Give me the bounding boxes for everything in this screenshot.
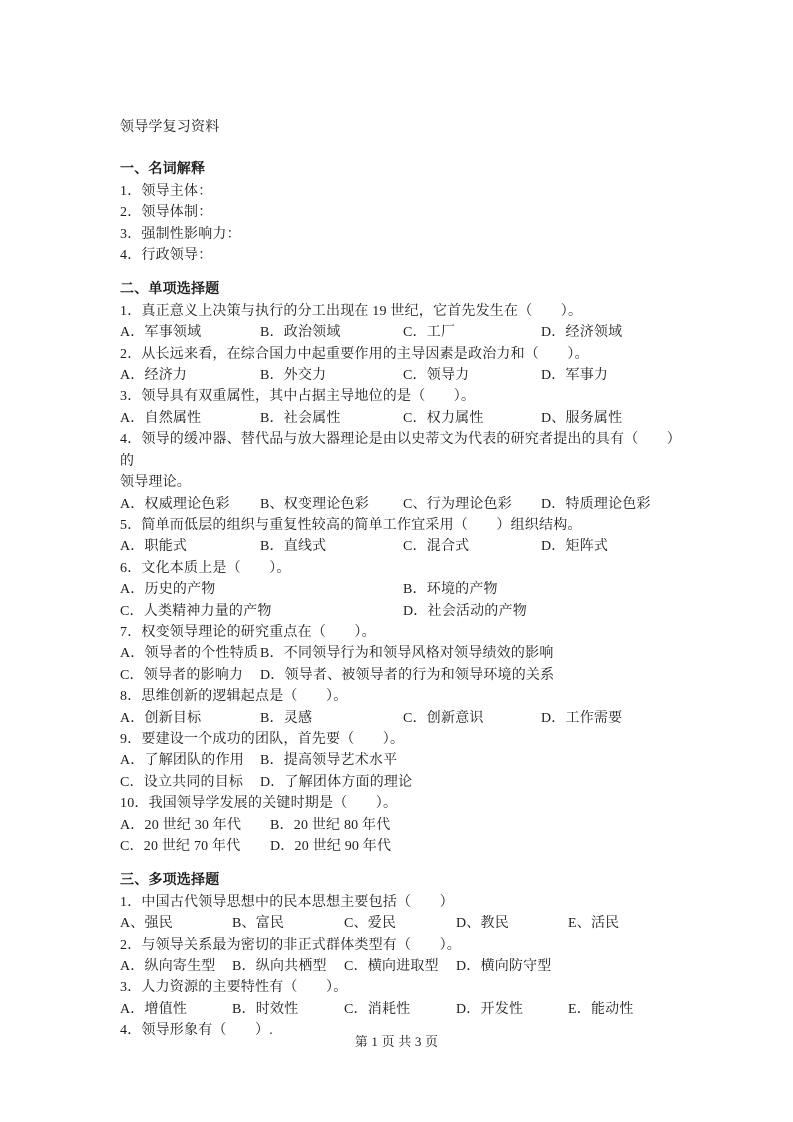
options-row: A．经济力B．外交力C．领导力D．军事力 [120,365,678,386]
option-item: D．工作需要 [541,708,622,729]
option-item: A．经济力 [120,365,260,386]
option-item: A．创新目标 [120,708,260,729]
options-row: A．20 世纪 30 年代B．20 世纪 80 年代 [120,815,678,836]
text-line: 领导理论。 [120,472,678,493]
section-single-choice: 二、单项选择题1．真正意义上决策与执行的分工出现在 19 世纪，它首先发生在（ … [120,279,678,857]
option-item: C、爱民 [344,913,456,934]
options-row: C．设立共同的目标D．了解团体方面的理论 [120,772,678,793]
text-line: 2．从长远来看，在综合国力中起重要作用的主导因素是政治力和（ ）。 [120,344,678,365]
options-row: A．创新目标B．灵感C．创新意识D．工作需要 [120,708,678,729]
option-item: C．人类精神力量的产物 [120,601,403,622]
option-item: A．20 世纪 30 年代 [120,815,270,836]
sections-container: 一、名词解释1．领导主体：2．领导体制：3．强制性影响力：4．行政领导：二、单项… [120,159,678,1041]
options-row: A．纵向寄生型B．纵向共栖型C．横向进取型D．横向防守型 [120,956,678,977]
option-item: C．20 世纪 70 年代 [120,836,270,857]
text-line: 10．我国领导学发展的关键时期是（ ）。 [120,793,678,814]
text-line: 3．领导具有双重属性，其中占据主导地位的是（ ）。 [120,386,678,407]
option-item: A．增值性 [120,999,232,1020]
option-item: B．纵向共栖型 [232,956,344,977]
option-item: A．领导者的个性特质 [120,643,260,664]
document-title: 领导学复习资料 [120,117,678,138]
option-item: D．矩阵式 [541,536,608,557]
section-term-definitions: 一、名词解释1．领导主体：2．领导体制：3．强制性影响力：4．行政领导： [120,159,678,266]
text-line: 7．权变领导理论的研究重点在（ ）。 [120,622,678,643]
option-item: B．社会属性 [260,408,403,429]
text-line: 1．真正意义上决策与执行的分工出现在 19 世纪，它首先发生在（ ）。 [120,301,678,322]
option-item: B．政治领域 [260,322,403,343]
options-row: A．军事领域B．政治领域C．工厂D．经济领域 [120,322,678,343]
option-item: C．领导力 [403,365,541,386]
option-item: A．纵向寄生型 [120,956,232,977]
option-item: A．自然属性 [120,408,260,429]
option-item: C．权力属性 [403,408,541,429]
section-heading: 三、多项选择题 [120,870,678,891]
option-item: C、行为理论色彩 [403,494,541,515]
text-line: 4．行政领导： [120,245,678,266]
option-item: D．20 世纪 90 年代 [270,836,391,857]
option-item: D．经济领域 [541,322,622,343]
document-page: 领导学复习资料 一、名词解释1．领导主体：2．领导体制：3．强制性影响力：4．行… [0,0,793,1122]
text-line: 8．思维创新的逻辑起点是（ ）。 [120,686,678,707]
document-content: 领导学复习资料 一、名词解释1．领导主体：2．领导体制：3．强制性影响力：4．行… [120,117,678,1042]
option-item: D．开发性 [456,999,568,1020]
option-item: A．权威理论色彩 [120,494,260,515]
option-item: B、权变理论色彩 [260,494,403,515]
text-line: 5．简单而低层的组织与重复性较高的简单工作宜采用（ ）组织结构。 [120,515,678,536]
option-item: B．直线式 [260,536,403,557]
options-row: A．权威理论色彩B、权变理论色彩C、行为理论色彩D．特质理论色彩 [120,494,678,515]
text-line: 9．要建设一个成功的团队，首先要（ ）。 [120,729,678,750]
option-item: E．能动性 [568,999,634,1020]
options-row: A、强民B、富民C、爱民D、教民E、活民 [120,913,678,934]
option-item: B．时效性 [232,999,344,1020]
option-item: C．工厂 [403,322,541,343]
text-line: 2．与领导关系最为密切的非正式群体类型有（ ）。 [120,935,678,956]
option-item: B．外交力 [260,365,403,386]
option-item: D．了解团体方面的理论 [260,772,412,793]
option-item: C．创新意识 [403,708,541,729]
option-item: C．消耗性 [344,999,456,1020]
options-row: A．自然属性B．社会属性C．权力属性D、服务属性 [120,408,678,429]
options-row: C．人类精神力量的产物D．社会活动的产物 [120,601,678,622]
text-line: 6．文化本质上是（ ）。 [120,558,678,579]
text-line: 2．领导体制： [120,202,678,223]
section-heading: 二、单项选择题 [120,279,678,300]
option-item: A、强民 [120,913,232,934]
option-item: A．职能式 [120,536,260,557]
option-item: C．横向进取型 [344,956,456,977]
option-item: D、服务属性 [541,408,622,429]
option-item: D．领导者、被领导者的行为和领导环境的关系 [260,665,554,686]
options-row: A．增值性B．时效性C．消耗性D．开发性E．能动性 [120,999,678,1020]
text-line: 3．强制性影响力： [120,224,678,245]
option-item: A．军事领域 [120,322,260,343]
option-item: B．环境的产物 [403,579,498,600]
option-item: E、活民 [568,913,619,934]
page-footer: 第 1 页 共 3 页 [0,1031,793,1052]
option-item: D、教民 [456,913,568,934]
option-item: B．灵感 [260,708,403,729]
options-row: A．历史的产物B．环境的产物 [120,579,678,600]
option-item: A．了解团队的作用 [120,750,260,771]
options-row: A．了解团队的作用B．提高领导艺术水平 [120,750,678,771]
option-item: C．设立共同的目标 [120,772,260,793]
text-line: 4．领导的缓冲器、替代品与放大器理论是由以史蒂文为代表的研究者提出的具有（ ）的 [120,429,678,472]
section-heading: 一、名词解释 [120,159,678,180]
option-item: A．历史的产物 [120,579,403,600]
option-item: D．特质理论色彩 [541,494,651,515]
options-row: C．领导者的影响力D．领导者、被领导者的行为和领导环境的关系 [120,665,678,686]
section-multiple-choice: 三、多项选择题1．中国古代领导思想中的民本思想主要包括（ ）A、强民B、富民C、… [120,870,678,1041]
text-line: 3．人力资源的主要特性有（ ）。 [120,977,678,998]
option-item: B．20 世纪 80 年代 [270,815,390,836]
options-row: A．领导者的个性特质B．不同领导行为和领导风格对领导绩效的影响 [120,643,678,664]
option-item: B．提高领导艺术水平 [260,750,397,771]
option-item: C．混合式 [403,536,541,557]
option-item: B．不同领导行为和领导风格对领导绩效的影响 [260,643,554,664]
options-row: A．职能式B．直线式C．混合式D．矩阵式 [120,536,678,557]
text-line: 1．中国古代领导思想中的民本思想主要包括（ ） [120,892,678,913]
options-row: C．20 世纪 70 年代D．20 世纪 90 年代 [120,836,678,857]
option-item: D．军事力 [541,365,608,386]
text-line: 1．领导主体： [120,181,678,202]
option-item: D．横向防守型 [456,956,552,977]
option-item: B、富民 [232,913,344,934]
option-item: C．领导者的影响力 [120,665,260,686]
option-item: D．社会活动的产物 [403,601,527,622]
